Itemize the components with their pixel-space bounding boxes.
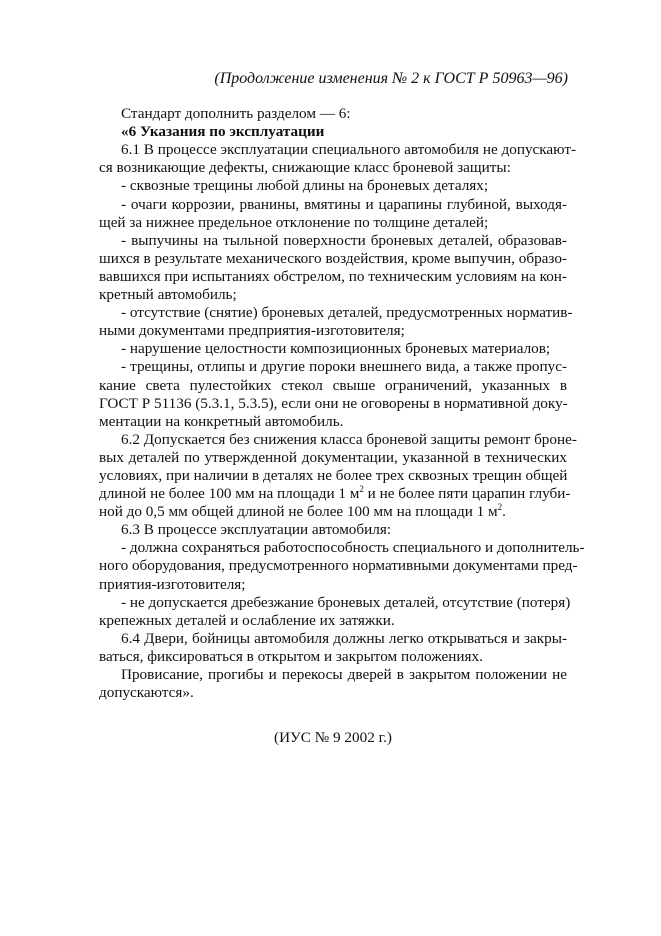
text-line: вых деталей по утвержденной документации…	[99, 449, 567, 467]
text-line: Провисание, прогибы и перекосы дверей в …	[99, 666, 567, 684]
text-line: - должна сохраняться работоспособность с…	[99, 539, 567, 557]
text-line: - очаги коррозии, рванины, вмятины и цар…	[99, 196, 567, 214]
text-line: ментации на конкретный автомобиль.	[99, 413, 567, 431]
text-line: условиях, при наличии в деталях не более…	[99, 467, 567, 485]
text-line: ной до 0,5 мм общей длиной не более 100 …	[99, 503, 567, 521]
text-line: 6.3 В процессе эксплуатации автомобиля:	[99, 521, 567, 539]
text-line: 6.4 Двери, бойницы автомобиля должны лег…	[99, 630, 567, 648]
text-line: ными документами предприятия-изготовител…	[99, 322, 567, 340]
text-line: - нарушение целостности композиционных б…	[99, 340, 567, 358]
document-page: (Продолжение изменения № 2 к ГОСТ Р 5096…	[99, 70, 567, 747]
text-line: - не допускается дребезжание броневых де…	[99, 594, 567, 612]
text-line: - выпучины на тыльной поверхности бронев…	[99, 232, 567, 250]
text-line: приятия-изготовителя;	[99, 576, 567, 594]
text-line: 6.2 Допускается без снижения класса брон…	[99, 431, 567, 449]
text-line: ся возникающие дефекты, снижающие класс …	[99, 159, 567, 177]
text-line: длиной не более 100 мм на площади 1 м2 и…	[99, 485, 567, 503]
text-line: допускаются».	[99, 684, 567, 702]
text-line: крепежных деталей и ослабление их затяжк…	[99, 612, 567, 630]
text-line: ГОСТ Р 51136 (5.3.1, 5.3.5), если они не…	[99, 395, 567, 413]
section-heading: «6 Указания по эксплуатации	[99, 123, 567, 141]
text-line: вавшихся при испытаниях обстрелом, по те…	[99, 268, 567, 286]
text-line: кание света пулестойких стекол свыше огр…	[99, 377, 567, 395]
page-header: (Продолжение изменения № 2 к ГОСТ Р 5096…	[99, 70, 568, 88]
text-line: 6.1 В процессе эксплуатации специального…	[99, 141, 567, 159]
page-footer: (ИУС № 9 2002 г.)	[99, 729, 567, 747]
text-line: - трещины, отлипы и другие пороки внешне…	[99, 358, 567, 376]
text-line: ного оборудования, предусмотренного норм…	[99, 557, 567, 575]
text-line: шихся в результате механического воздейс…	[99, 250, 567, 268]
text-line: Стандарт дополнить разделом — 6:	[99, 105, 567, 123]
text-line: - сквозные трещины любой длины на бронев…	[99, 177, 567, 195]
text-line: - отсутствие (снятие) броневых деталей, …	[99, 304, 567, 322]
text-line: ваться, фиксироваться в открытом и закры…	[99, 648, 567, 666]
text-line: кретный автомобиль;	[99, 286, 567, 304]
document-body: Стандарт дополнить разделом — 6:«6 Указа…	[99, 105, 567, 702]
text-line: щей за нижнее предельное отклонение по т…	[99, 214, 567, 232]
